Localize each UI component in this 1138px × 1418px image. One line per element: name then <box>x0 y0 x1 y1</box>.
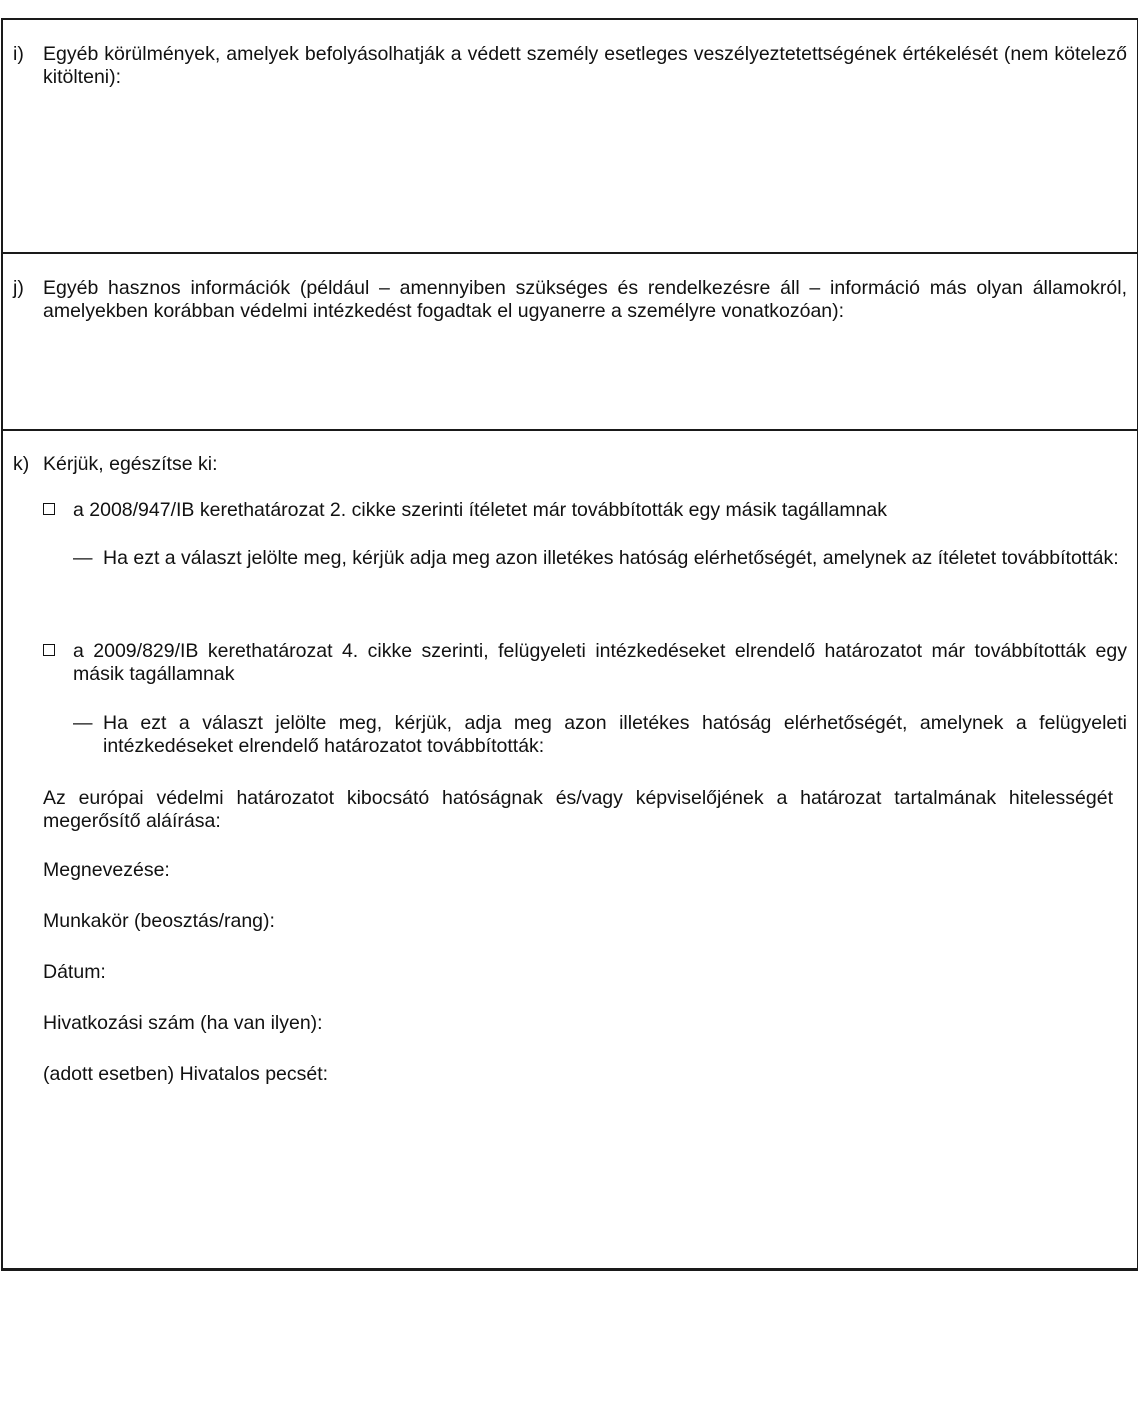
section-j-label: j) <box>13 277 43 300</box>
field-stamp-label: (adott esetben) Hivatalos pecsét: <box>43 1063 1113 1086</box>
followup-2009-829-text: Ha ezt a választ jelölte meg, kérjük, ad… <box>103 712 1127 758</box>
option-2009-829-text: a 2009/829/IB kerethatározat 4. cikke sz… <box>73 640 1127 686</box>
section-k-item: k) Kérjük, egészítse ki: <box>13 453 1127 476</box>
em-dash: — <box>73 712 93 735</box>
followup-2008-947: — Ha ezt a választ jelölte meg, kérjük a… <box>73 547 1127 570</box>
field-name-label: Megnevezése: <box>43 859 1113 882</box>
section-k-label: k) <box>13 453 43 476</box>
field-date-label: Dátum: <box>43 961 1113 984</box>
followup-2009-829: — Ha ezt a választ jelölte meg, kérjük, … <box>73 712 1127 758</box>
followup-2008-947-text: Ha ezt a választ jelölte meg, kérjük adj… <box>103 547 1127 570</box>
section-i-item: i) Egyéb körülmények, amelyek befolyásol… <box>13 43 1127 89</box>
field-position-label: Munkakör (beosztás/rang): <box>43 910 1113 933</box>
section-i: i) Egyéb körülmények, amelyek befolyásol… <box>3 20 1137 254</box>
option-2008-947-text: a 2008/947/IB kerethatározat 2. cikke sz… <box>73 499 1127 522</box>
section-k: k) Kérjük, egészítse ki: a 2008/947/IB k… <box>3 431 1137 1268</box>
section-j: j) Egyéb hasznos információk (például – … <box>3 254 1137 431</box>
field-reference-label: Hivatkozási szám (ha van ilyen): <box>43 1012 1113 1035</box>
checkbox-2008-947[interactable] <box>43 503 55 515</box>
section-i-label: i) <box>13 43 43 66</box>
section-i-text: Egyéb körülmények, amelyek befolyásolhat… <box>43 43 1127 89</box>
em-dash: — <box>73 547 93 570</box>
signature-statement: Az európai védelmi határozatot kibocsátó… <box>43 787 1113 833</box>
checkbox-2009-829[interactable] <box>43 644 55 656</box>
section-k-text: Kérjük, egészítse ki: <box>43 453 1127 476</box>
form-table: i) Egyéb körülmények, amelyek befolyásol… <box>1 18 1138 1271</box>
section-j-text: Egyéb hasznos információk (például – ame… <box>43 277 1127 323</box>
option-2009-829[interactable]: a 2009/829/IB kerethatározat 4. cikke sz… <box>43 640 1127 686</box>
section-j-item: j) Egyéb hasznos információk (például – … <box>13 277 1127 323</box>
option-2008-947[interactable]: a 2008/947/IB kerethatározat 2. cikke sz… <box>43 499 1127 522</box>
